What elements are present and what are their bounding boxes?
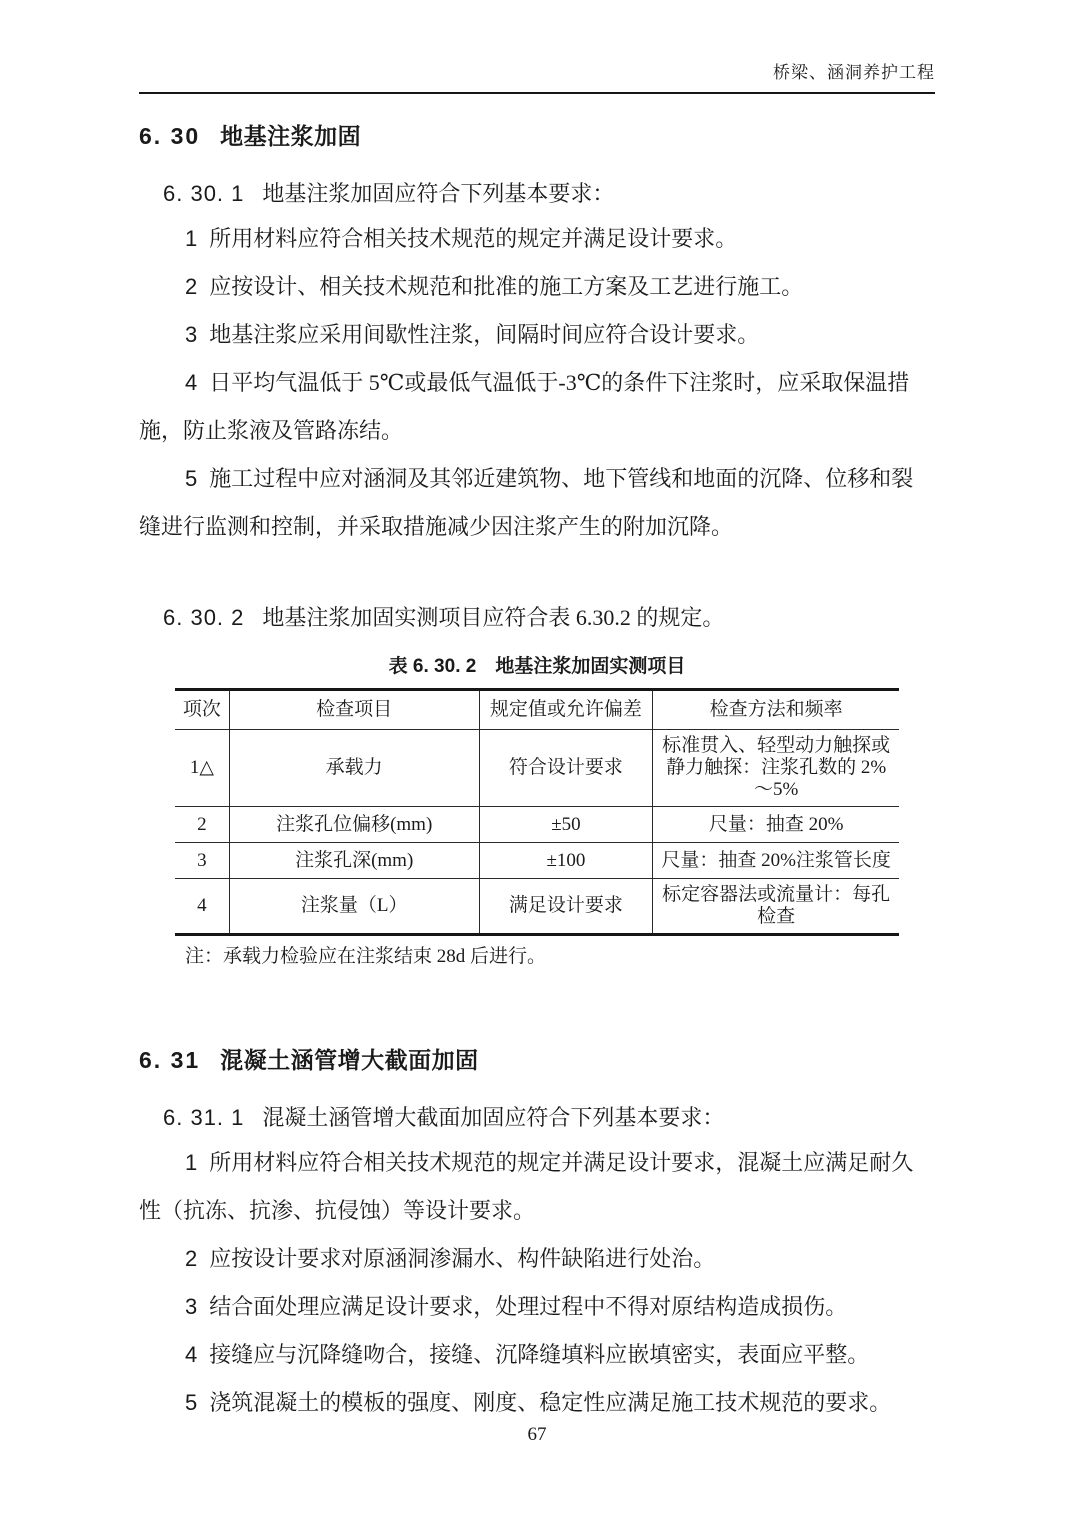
table-header-cell: 检查方法和频率	[653, 690, 899, 730]
item-number: 3	[185, 1294, 197, 1319]
clause-6-31-1-items: 1所用材料应符合相关技术规范的规定并满足设计要求，混凝土应满足耐久性（抗冻、抗渗…	[139, 1139, 935, 1427]
table-cell: 1△	[175, 730, 229, 807]
item-number: 2	[185, 1246, 197, 1271]
table-cell: 尺量：抽查 20%注浆管长度	[653, 843, 899, 879]
clause-text: 地基注浆加固实测项目应符合表 6.30.2 的规定。	[262, 605, 724, 630]
clause-text: 混凝土涵管增大截面加固应符合下列基本要求：	[262, 1105, 724, 1130]
item-text: 结合面处理应满足设计要求，处理过程中不得对原结构造成损伤。	[209, 1294, 847, 1319]
table-cell: 3	[175, 843, 229, 879]
table-cell: 注浆量（L）	[229, 879, 479, 935]
table-6-30-2: 项次 检查项目 规定值或允许偏差 检查方法和频率 1△ 承载力 符合设计要求 标…	[175, 688, 899, 936]
table-header-cell: 规定值或允许偏差	[479, 690, 653, 730]
table-row: 2 注浆孔位偏移(mm) ±50 尺量：抽查 20%	[175, 807, 899, 843]
item-text: 接缝应与沉降缝吻合，接缝、沉降缝填料应嵌填密实，表面应平整。	[209, 1342, 869, 1367]
item-text: 应按设计要求对原涵洞渗漏水、构件缺陷进行处治。	[209, 1246, 715, 1271]
table-cell: 符合设计要求	[479, 730, 653, 807]
item-number: 3	[185, 322, 197, 347]
table-row: 3 注浆孔深(mm) ±100 尺量：抽查 20%注浆管长度	[175, 843, 899, 879]
table-cell: 尺量：抽查 20%	[653, 807, 899, 843]
table-cell: 标定容器法或流量计：每孔检查	[653, 879, 899, 935]
section-title: 地基注浆加固	[220, 123, 361, 149]
list-item: 5施工过程中应对涵洞及其邻近建筑物、地下管线和地面的沉降、位移和裂缝进行监测和控…	[139, 455, 935, 551]
table-cell: 承载力	[229, 730, 479, 807]
list-item: 4日平均气温低于 5℃或最低气温低于-3℃的条件下注浆时，应采取保温措施，防止浆…	[139, 359, 935, 455]
list-item: 3地基注浆应采用间歇性注浆，间隔时间应符合设计要求。	[139, 311, 935, 359]
item-text: 施工过程中应对涵洞及其邻近建筑物、地下管线和地面的沉降、位移和裂缝进行监测和控制…	[139, 466, 913, 539]
table-header-cell: 项次	[175, 690, 229, 730]
list-item: 1所用材料应符合相关技术规范的规定并满足设计要求，混凝土应满足耐久性（抗冻、抗渗…	[139, 1139, 935, 1235]
table-row: 1△ 承载力 符合设计要求 标准贯入、轻型动力触探或静力触探：注浆孔数的 2%～…	[175, 730, 899, 807]
document-page: 桥梁、涵洞养护工程 6. 30地基注浆加固 6. 30. 1地基注浆加固应符合下…	[0, 0, 1074, 1520]
item-number: 1	[185, 1150, 197, 1175]
table-cell: 注浆孔深(mm)	[229, 843, 479, 879]
item-text: 浇筑混凝土的模板的强度、刚度、稳定性应满足施工技术规范的要求。	[209, 1390, 891, 1415]
item-number: 5	[185, 1390, 197, 1415]
table-cell: 4	[175, 879, 229, 935]
table-cell: 满足设计要求	[479, 879, 653, 935]
list-item: 3结合面处理应满足设计要求，处理过程中不得对原结构造成损伤。	[139, 1283, 935, 1331]
clause-number: 6. 31. 1	[163, 1105, 244, 1130]
item-number: 4	[185, 370, 197, 395]
clause-text: 地基注浆加固应符合下列基本要求：	[262, 181, 614, 206]
table-cell: 注浆孔位偏移(mm)	[229, 807, 479, 843]
item-number: 5	[185, 466, 197, 491]
table-cell: ±50	[479, 807, 653, 843]
section-number: 6. 30	[139, 123, 200, 149]
page-number: 67	[0, 1424, 1074, 1446]
clause-6-30-1: 6. 30. 1地基注浆加固应符合下列基本要求：	[139, 177, 935, 211]
item-number: 2	[185, 274, 197, 299]
list-item: 5浇筑混凝土的模板的强度、刚度、稳定性应满足施工技术规范的要求。	[139, 1379, 935, 1427]
table-note: 注：承载力检验应在注浆结束 28d 后进行。	[185, 944, 935, 970]
list-item: 1所用材料应符合相关技术规范的规定并满足设计要求。	[139, 215, 935, 263]
table-header-row: 项次 检查项目 规定值或允许偏差 检查方法和频率	[175, 690, 899, 730]
clause-6-30-1-items: 1所用材料应符合相关技术规范的规定并满足设计要求。 2应按设计、相关技术规范和批…	[139, 215, 935, 551]
section-number: 6. 31	[139, 1047, 200, 1073]
item-text: 所用材料应符合相关技术规范的规定并满足设计要求，混凝土应满足耐久性（抗冻、抗渗、…	[139, 1150, 913, 1223]
running-header-text: 桥梁、涵洞养护工程	[773, 63, 935, 82]
table-cell: ±100	[479, 843, 653, 879]
table-row: 4 注浆量（L） 满足设计要求 标定容器法或流量计：每孔检查	[175, 879, 899, 935]
item-text: 地基注浆应采用间歇性注浆，间隔时间应符合设计要求。	[209, 322, 759, 347]
list-item: 2应按设计要求对原涵洞渗漏水、构件缺陷进行处治。	[139, 1235, 935, 1283]
item-number: 1	[185, 226, 197, 251]
table-cell: 2	[175, 807, 229, 843]
item-text: 应按设计、相关技术规范和批准的施工方案及工艺进行施工。	[209, 274, 803, 299]
item-number: 4	[185, 1342, 197, 1367]
table-header-cell: 检查项目	[229, 690, 479, 730]
section-heading-6-30: 6. 30地基注浆加固	[139, 118, 935, 151]
clause-6-31-1: 6. 31. 1混凝土涵管增大截面加固应符合下列基本要求：	[139, 1101, 935, 1135]
section-heading-6-31: 6. 31混凝土涵管增大截面加固	[139, 1042, 935, 1075]
list-item: 2应按设计、相关技术规范和批准的施工方案及工艺进行施工。	[139, 263, 935, 311]
clause-number: 6. 30. 1	[163, 181, 244, 206]
table-title: 表 6. 30. 2 地基注浆加固实测项目	[139, 651, 935, 678]
section-title: 混凝土涵管增大截面加固	[220, 1047, 479, 1073]
clause-6-30-2: 6. 30. 2地基注浆加固实测项目应符合表 6.30.2 的规定。	[139, 601, 935, 635]
list-item: 4接缝应与沉降缝吻合，接缝、沉降缝填料应嵌填密实，表面应平整。	[139, 1331, 935, 1379]
item-text: 所用材料应符合相关技术规范的规定并满足设计要求。	[209, 226, 737, 251]
running-header: 桥梁、涵洞养护工程	[139, 58, 935, 94]
item-text: 日平均气温低于 5℃或最低气温低于-3℃的条件下注浆时，应采取保温措施，防止浆液…	[139, 370, 909, 443]
table-cell: 标准贯入、轻型动力触探或静力触探：注浆孔数的 2%～5%	[653, 730, 899, 807]
clause-number: 6. 30. 2	[163, 605, 244, 630]
